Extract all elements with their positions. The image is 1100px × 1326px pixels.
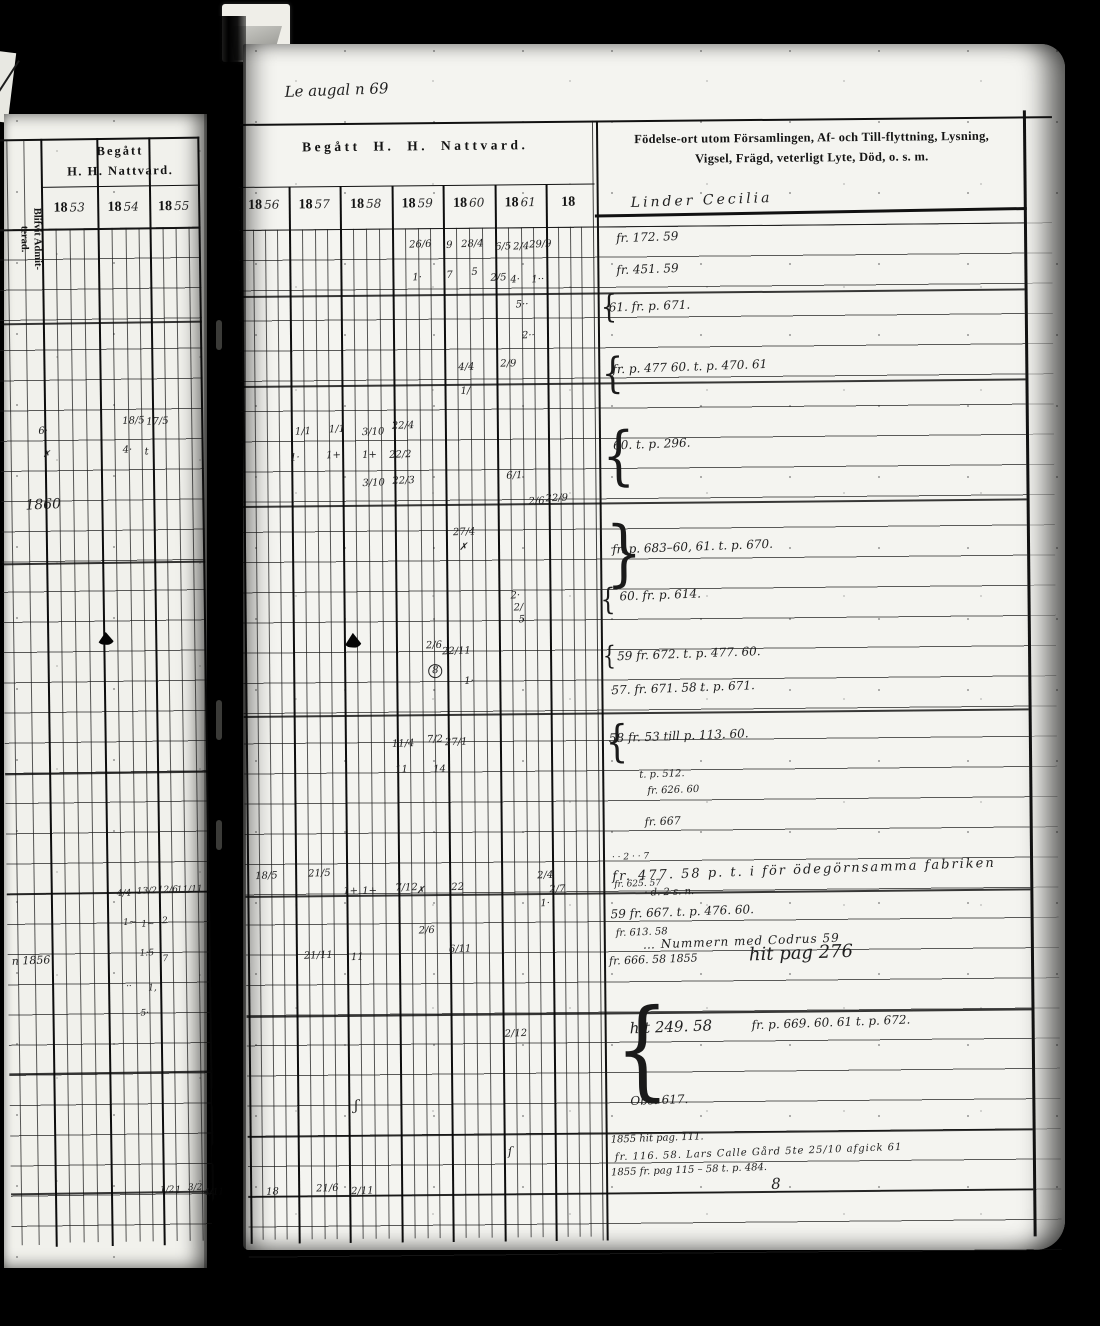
handwritten-date-mark: 1· — [290, 453, 300, 463]
handwritten-date-mark: 22/3 — [392, 476, 415, 487]
handwritten-date-mark: 2/9 — [500, 359, 516, 370]
year-printed: 18 — [350, 197, 364, 212]
binding-stitch — [212, 424, 222, 442]
handwritten-date-mark: 1/1 — [329, 425, 345, 436]
left-year-header-row: 185318541855 — [0, 113, 199, 116]
handwritten-date-mark: 22/11 — [442, 646, 471, 657]
year-cell: 1855 — [149, 197, 198, 216]
handwritten-date-mark: ʃ — [354, 1099, 358, 1113]
year-cell: 1853 — [41, 198, 97, 217]
handwritten-date-mark: 14 — [433, 765, 446, 775]
handwritten-mark: ·7 — [160, 955, 169, 964]
handwritten-date-mark: 22/9 — [545, 494, 568, 505]
handwritten-date-mark: 7 — [446, 271, 453, 281]
handwritten-date-mark: 2/5 — [490, 273, 506, 284]
handwritten-date-mark: 5 — [471, 268, 478, 278]
year-cell: 1861 — [495, 193, 546, 211]
handwritten-margin-note: 8 — [771, 1177, 781, 1192]
handwritten-date-mark: 5·· — [516, 300, 529, 310]
handwritten-date-mark: 27/4 — [453, 527, 476, 538]
handwritten-margin-note: fr. 626. 60 — [647, 785, 699, 797]
pen-stroke — [0, 60, 20, 110]
handwritten-date-mark: 1+ — [343, 887, 358, 898]
binding-stitch — [212, 1142, 222, 1166]
notes-header-line2: Vigsel, Frägd, veterligt Lyte, Död, o. s… — [604, 148, 1019, 167]
handwritten-date-mark: 4/4 — [458, 363, 474, 374]
year-cell: 1857 — [289, 195, 340, 213]
binding-stitch — [212, 1198, 222, 1256]
year-printed: 18 — [248, 198, 262, 213]
year-cell: 1859 — [392, 194, 443, 212]
handwritten-date-mark: 29/9 — [529, 240, 552, 251]
handwritten-date-mark: 2/6 — [528, 497, 544, 508]
handwritten-date-mark: 1·· — [531, 275, 544, 285]
handwritten-date-mark: 7/2 — [427, 735, 443, 746]
binding-stitch — [212, 250, 222, 274]
handwritten-mark: 1, — [148, 984, 157, 993]
handwritten-date-mark: 1/1 — [295, 427, 311, 438]
handwritten-date-mark: 21/6 — [316, 1184, 339, 1195]
grouping-brace: { — [601, 290, 618, 322]
handwritten-date-mark: ✗ — [459, 543, 468, 553]
handwritten-mark: n 1856 — [12, 954, 51, 967]
handwritten-mark: ✗ — [43, 451, 51, 460]
left-page: Blifvit Admit- terad. Begått H. H. Nattv… — [4, 114, 207, 1268]
handwritten-date-mark: 3/10 — [362, 478, 385, 489]
handwritten-date-mark: 1· — [464, 677, 474, 687]
right-page: Le augal n 69 Begått H. H. Nattvard. 185… — [243, 44, 1065, 1250]
grouping-brace: { — [600, 585, 616, 615]
handwritten-mark: 1/2 — [160, 1186, 175, 1196]
handwritten-mark: 1~ — [141, 920, 155, 930]
handwritten-margin-note: t. p. 512. — [639, 769, 685, 781]
handwritten-date-mark: 11 — [351, 953, 364, 963]
binding-stitch — [212, 600, 222, 620]
handwritten-mark: 6· — [38, 427, 48, 437]
handwritten-date-mark: 1· — [540, 899, 550, 909]
book-binding — [204, 16, 246, 1298]
year-printed: 18 — [561, 195, 575, 210]
handwritten-date-mark: 27/1 — [445, 738, 468, 749]
handwritten-date-mark: 1+ — [326, 451, 341, 462]
handwritten-mark: 1~ — [123, 918, 137, 928]
handwritten-date-mark: 2/6 — [419, 926, 435, 937]
handwritten-date-mark: 18/5 — [255, 871, 278, 882]
binding-stitch — [212, 926, 222, 946]
binding-gap — [216, 700, 222, 740]
right-page-content: Le augal n 69 Begått H. H. Nattvard. 185… — [237, 40, 1071, 1254]
year-cell: 1858 — [340, 194, 392, 212]
handwritten-date-mark: 2· — [510, 591, 520, 601]
grouping-brace: { — [614, 996, 670, 1105]
handwritten-mark: 1860 — [25, 497, 61, 512]
handwritten-date-mark: 22/2 — [389, 450, 412, 461]
grouping-brace: { — [606, 720, 629, 764]
handwritten-mark: 3/2 — [188, 1184, 203, 1194]
handwritten-mark: 18/5 — [122, 416, 145, 427]
handwritten-date-mark: 2/6 — [426, 641, 442, 652]
year-printed: 18 — [453, 196, 467, 211]
handwritten-date-mark: 28/4 — [461, 239, 484, 250]
year-written: 60 — [469, 196, 484, 210]
handwritten-margin-note: 61. fr. p. 671. — [609, 299, 691, 314]
binding-stitch — [212, 878, 222, 900]
year-printed: 18 — [299, 197, 313, 212]
grouping-brace: { — [602, 352, 624, 394]
handwritten-mark: 17/5 — [146, 417, 169, 428]
right-year-header-row: 18561857185818591860186118 — [237, 40, 1059, 48]
handwritten-date-mark: 26/6 — [409, 240, 432, 251]
binding-stitch — [212, 1085, 222, 1109]
binding-gap — [216, 820, 222, 850]
notes-handwritten-title: Linder Cecilia — [631, 191, 773, 210]
notes-header-line1: Födelse-ort utom Församlingen, Af- och T… — [604, 128, 1019, 147]
year-printed: 18 — [402, 196, 416, 211]
year-written: 55 — [174, 199, 189, 213]
grouping-brace: { — [602, 424, 635, 488]
right-header-underline — [239, 184, 595, 188]
binding-gap — [216, 320, 222, 350]
handwritten-mark: 4/4 — [117, 889, 132, 899]
handwritten-mark: 1 — [175, 1186, 182, 1196]
handwritten-date-mark: 5 — [519, 615, 526, 625]
handwritten-date-mark: 11 — [395, 765, 408, 775]
handwritten-date-mark: 21/5 — [308, 869, 331, 880]
right-header-title: Begått H. H. Nattvard. — [238, 137, 592, 156]
handwritten-date-mark: 2/7 — [549, 885, 565, 896]
handwritten-margin-note: fr. 172. 59 — [616, 230, 679, 244]
handwritten-mark: 12/6 — [158, 886, 179, 896]
handwritten-date-mark: 2/4 — [513, 242, 529, 253]
year-written: 57 — [315, 197, 330, 211]
left-header-line2: H. H. Nattvard. — [41, 163, 200, 180]
right-dark-row-lines — [237, 40, 1059, 48]
handwritten-margin-note: fr. 666. 58 1855 — [609, 952, 698, 966]
year-written: 56 — [264, 198, 279, 212]
handwritten-date-mark: 11/4 — [392, 739, 415, 750]
handwritten-date-mark: 22/4 — [392, 421, 415, 432]
handwritten-mark: ·· — [126, 983, 132, 992]
year-printed: 18 — [158, 199, 172, 214]
handwritten-margin-note: fr. 451. 59 — [616, 262, 679, 276]
handwritten-margin-note: hit pag 276 — [749, 943, 854, 965]
year-written: 53 — [70, 200, 85, 214]
left-header-underline — [41, 185, 200, 188]
handwritten-date-mark: 1/ — [460, 387, 470, 397]
handwritten-date-mark: 18 — [266, 1187, 279, 1197]
handwritten-date-mark: 2/ — [513, 603, 523, 613]
handwritten-mark: 5· — [140, 1009, 149, 1018]
handwritten-mark: 13/2 — [137, 887, 158, 897]
handwritten-date-mark: 2/11 — [351, 1186, 374, 1197]
handwritten-date-mark: 6/1 — [506, 471, 522, 482]
handwritten-mark: 11/11 — [177, 885, 203, 895]
grouping-brace: { — [603, 643, 616, 669]
handwritten-date-mark: 6/11 — [449, 944, 472, 955]
handwritten-date-mark: ſ — [508, 1145, 513, 1157]
right-top-rule — [240, 116, 1052, 126]
handwritten-mark: 1:5 — [140, 949, 155, 959]
binding-stitch — [212, 1030, 222, 1052]
right-column-lines — [237, 40, 1059, 48]
left-page-content: Blifvit Admit- terad. Begått H. H. Nattv… — [0, 113, 215, 1270]
handwritten-date-mark: 22 — [451, 883, 464, 893]
handwritten-date-mark: 3/10 — [362, 427, 385, 438]
left-top-rule — [0, 137, 199, 141]
handwritten-date-mark: 2/4 — [537, 871, 553, 882]
year-printed: 18 — [505, 195, 519, 210]
top-handwritten-note: Le augal n 69 — [284, 81, 388, 100]
year-cell: 1856 — [239, 195, 289, 213]
year-cell: 1860 — [443, 194, 495, 212]
handwritten-date-mark: 4· — [510, 275, 520, 285]
handwritten-mark: 4· — [122, 445, 132, 455]
scanned-register-spread: Blifvit Admit- terad. Begått H. H. Nattv… — [0, 0, 1100, 1326]
left-column-lines — [0, 113, 199, 116]
handwritten-date-mark: 9 — [446, 241, 453, 251]
handwritten-margin-note: fr. 667 — [644, 815, 680, 827]
handwritten-date-mark: 2·· — [522, 331, 535, 341]
handwritten-mark: ·2 — [159, 917, 168, 926]
handwritten-date-mark: 6/5 — [495, 242, 511, 253]
year-printed: 18 — [54, 200, 68, 215]
year-cell: 1854 — [97, 197, 149, 216]
page-corner-sliver — [0, 51, 16, 123]
year-printed: 18 — [108, 200, 122, 215]
handwritten-margin-note: · · 2 · · 7 — [612, 853, 650, 863]
handwritten-mark: t — [144, 447, 148, 457]
handwritten-date-mark: 1+ — [362, 450, 377, 461]
handwritten-margin-note: · d. 2 s. n. — [644, 887, 694, 899]
year-written: 54 — [124, 199, 139, 213]
left-header-line1: Begått — [40, 143, 199, 160]
year-written: 61 — [521, 195, 536, 209]
year-written: 59 — [418, 196, 433, 210]
left-dark-row-lines — [0, 113, 199, 116]
handwritten-date-mark: 7/12 — [395, 883, 418, 894]
handwritten-date-mark: 1· — [412, 273, 422, 283]
handwritten-date-mark: ✗ — [416, 886, 425, 896]
handwritten-date-mark: 1+ — [362, 886, 377, 897]
handwritten-date-mark: 21/11 — [304, 951, 333, 962]
year-written: 58 — [366, 197, 381, 211]
year-cell: 18 — [546, 193, 593, 211]
binding-stitch — [212, 976, 222, 998]
grouping-brace: } — [605, 516, 642, 588]
handwritten-date-mark: 2/12 — [505, 1029, 528, 1040]
